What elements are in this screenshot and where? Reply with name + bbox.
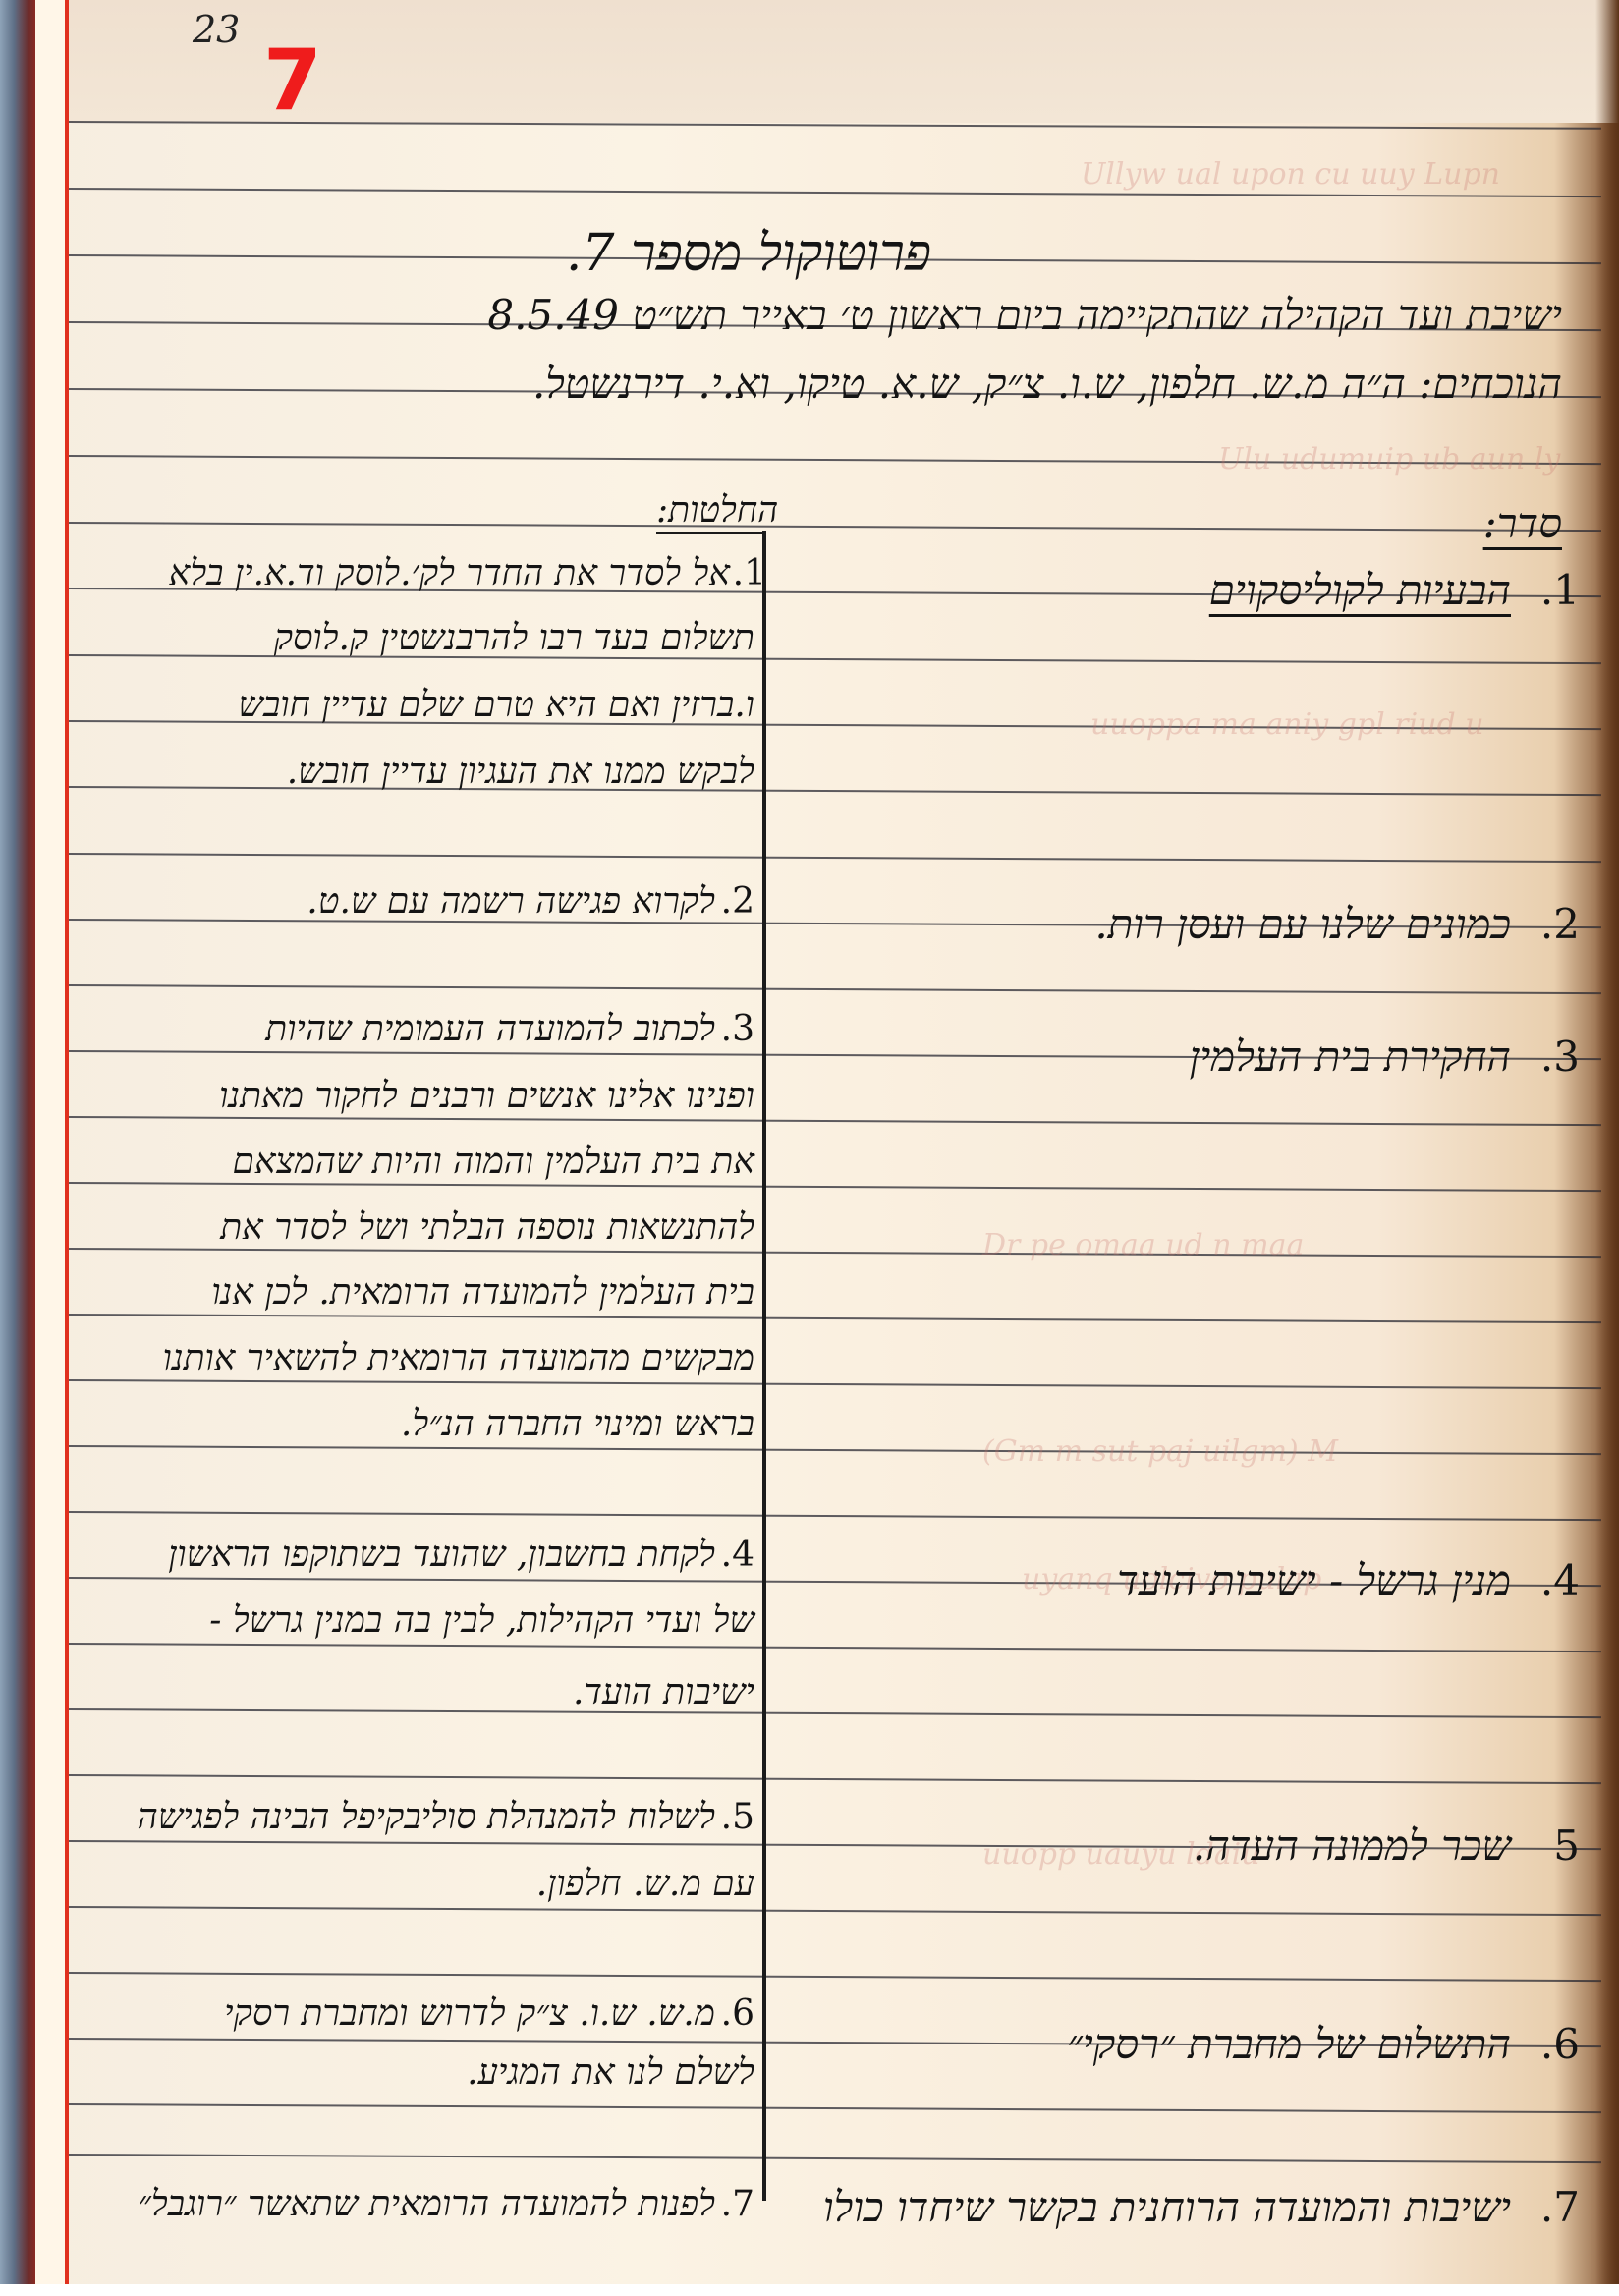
ruled-line [69,1972,1601,1982]
decision-item-number: 3. [721,1012,754,1047]
sheet-number-red: 7 [263,31,322,130]
decision-line: בראש ומינוי החברה הנ״ל. [401,1407,754,1442]
agenda-item-number: 1. [1540,570,1580,611]
bleed-through-text: Ulu udumuip ub aun ly [1218,442,1560,476]
ruled-line [69,1445,1601,1455]
page-number: 23 [193,8,240,51]
ruled-line [69,1511,1601,1521]
ruled-line [69,2103,1601,2113]
decision-item-number: 4. [721,1538,754,1573]
bleed-through-text: Dr pe omaa ud n maa [982,1228,1304,1262]
decision-line: תשלום בעד רבו להרבנשטין ק.לוסק [274,621,754,656]
decision-item-number: 6. [721,1996,754,2032]
agenda-item-number: 7. [1540,2187,1580,2228]
agenda-item-text: מנין גרשל - ישיבות הועד [1117,1560,1511,1601]
ruled-line [69,1643,1601,1652]
ruled-line [69,1116,1601,1126]
ruled-line [69,1182,1601,1192]
ruled-line [69,853,1601,863]
decision-line: אל לסדר את החדר לק׳.לוסק וד.א.ין בלא [169,556,730,591]
bleed-through-text: (Gm m sut paj uilgm) M [982,1434,1338,1469]
page-margin [35,0,65,2296]
ruled-line [69,1708,1601,1718]
agenda-item-text: החקירת בית העלמין [1190,1036,1511,1078]
decisions-heading-underline [656,532,764,534]
decision-line: לבקש ממנו את העגיון עדיין חובש. [287,755,754,790]
decision-item-number: 5. [721,1800,754,1835]
ruled-line [69,1314,1601,1323]
decision-line: לשלם לנו את המגיע. [467,2055,754,2091]
decision-line: עם מ.ש. חלפון. [536,1867,754,1902]
meeting-date-line: ישיבת ועד הקהילה שהתקיימה ביום ראשון ט׳ … [487,295,1562,336]
decision-line: לפנות להמועדה הרומאית שתאשר ״רוגבל״ [138,2187,715,2222]
page-edge-shadow [1595,0,1619,2296]
decisions-heading: החלטות: [656,493,778,529]
page-header-band [0,0,1619,123]
decision-line: ישיבות הועד. [573,1675,754,1710]
column-divider [762,531,766,2201]
attendees-line: הנוכחים: ה״ה מ.ש. חלפון, ש.ו. צ״ק, ש.א. … [532,364,1562,405]
agenda-item-text: כמונים שלנו עם ועסן רות. [1094,904,1511,945]
notebook-binding [0,0,35,2296]
decision-line: לשלוח להמנהלת סוליבקיפל הבינה לפגישה [138,1800,715,1835]
decision-line: מבקשים מהמועדה הרומאית להשאיר אותנו [163,1341,754,1376]
decision-line: את בית העלמין והמוה והיות שהמצאם [233,1145,755,1180]
decision-item-number: 1. [733,556,766,591]
agenda-heading: סדר: [1483,503,1562,544]
protocol-title: פרוטוקול מספר 7. [566,228,931,279]
bleed-through-text: uuoppa ma aniy gpl riud u [1090,707,1484,742]
scan-border [0,2284,1619,2296]
ruled-line [69,1379,1601,1389]
ruled-line [69,1774,1601,1784]
decision-line: בית העלמין להמועדה הרומאית. לכן אנו [211,1275,754,1311]
decision-line: לקחת בחשבון, שהועד בשתוקפו הראשון [168,1538,715,1573]
ruled-line [69,984,1601,994]
decision-item-number: 2. [721,884,754,920]
decision-line: לקרוא פגישה רשמה עם ש.ט. [307,884,715,920]
agenda-item-number: 2. [1540,904,1580,945]
decision-line: של ועדי הקהילות, לבין בה במנין גרשל - [209,1603,754,1639]
decision-line: להתנשאות נוספה הבלתי ושל לסדר את [220,1210,754,1246]
notebook-page: Ullyw ual upon cu uuy Lupn Ulu udumuip u… [0,0,1619,2296]
ruled-line [69,1248,1601,1258]
ruled-line [69,522,1601,532]
agenda-item-text: ישיבות והמועדה הרוחנית בקשר שיחדו כולו [823,2187,1511,2228]
decision-line: ו.ברזין ואם היא טרם שלם עדיין חובש [239,688,754,723]
agenda-item-number: 3. [1540,1036,1580,1078]
decision-line: לכתוב להמועדה העמומית שהיות [265,1012,715,1047]
agenda-item-number: 4. [1540,1560,1580,1601]
agenda-item-number: 5 [1553,1825,1580,1867]
agenda-item-text: שכר לממונה העדה. [1193,1825,1511,1867]
decision-line: מ.ש. ש.ו. צ״ק לדרוש ומחברת רסקי [224,1996,715,2032]
ruled-line [69,1906,1601,1916]
red-margin-line [65,0,69,2296]
decision-line: ופנינו אלינו אנשים ורבנים לחקור מאתנו [219,1079,754,1114]
bleed-through-text: Ullyw ual upon cu uuy Lupn [1081,157,1500,192]
ruled-line [69,2154,1601,2163]
decision-item-number: 7. [721,2187,754,2222]
agenda-item-text: התשלום של מחברת ״רסקי״ [1067,2024,1511,2065]
agenda-item-number: 6. [1540,2024,1580,2065]
agenda-item-text: הבעיות לקוליסקוים [1209,570,1511,611]
